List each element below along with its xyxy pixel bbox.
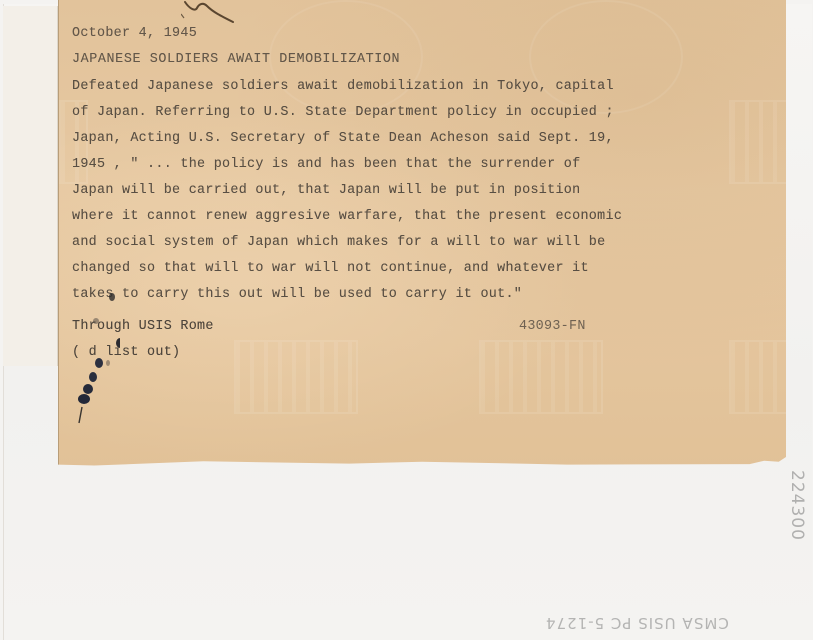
backing-left-strip — [3, 6, 58, 366]
body-line: takes to carry this out will be used to … — [72, 288, 522, 301]
pencil-scribble-icon — [181, 0, 241, 24]
reference-number: 43093-FN — [519, 320, 586, 333]
document-headline: JAPANESE SOLDIERS AWAIT DEMOBILIZATION — [72, 53, 400, 66]
watermark-castle — [479, 340, 603, 414]
body-line: Defeated Japanese soldiers await demobil… — [72, 80, 614, 93]
handwritten-catalog-note: CMSA USIS PC 5-1274 — [545, 614, 729, 632]
body-line: changed so that will to war will not con… — [72, 262, 589, 275]
watermark-castle — [729, 100, 793, 184]
body-line: and social system of Japan which makes f… — [72, 236, 605, 249]
body-line: Japan, Acting U.S. Secretary of State De… — [72, 132, 614, 145]
body-line: 1945 , " ... the policy is and has been … — [72, 158, 580, 171]
ink-blot-icon — [60, 285, 120, 425]
watermark-castle — [234, 340, 358, 414]
body-line: Japan will be carried out, that Japan wi… — [72, 184, 580, 197]
body-line: where it cannot renew aggresive warfare,… — [72, 210, 622, 223]
watermark-castle — [729, 340, 793, 414]
body-line: of Japan. Referring to U.S. State Depart… — [72, 106, 614, 119]
handwritten-archive-number: 224300 — [783, 470, 807, 570]
document-date: October 4, 1945 — [72, 27, 197, 40]
watermark-arch — [529, 0, 683, 114]
